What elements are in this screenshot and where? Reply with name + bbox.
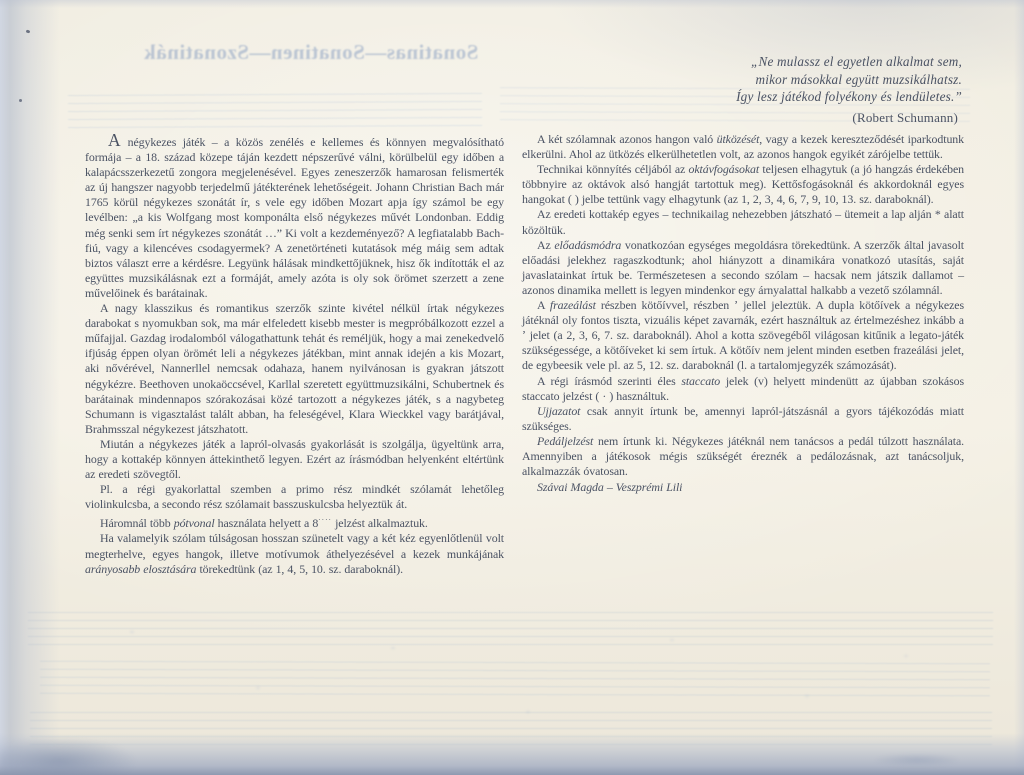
epigraph-lines: „Ne mulassz el egyetlen alkalmat sem,mik… xyxy=(736,53,962,106)
epigraph-line: Így lesz játékod folyékony és lendületes… xyxy=(736,88,962,106)
paragraph: Technikai könnyítés céljából az oktávfog… xyxy=(522,162,964,207)
text-segment: Pedáljelzést xyxy=(537,434,593,448)
paragraph: Pedáljelzést nem írtunk ki. Négykezes já… xyxy=(522,434,964,479)
epigraph-line: mikor másokkal együtt muzsikálhatsz. xyxy=(736,71,962,89)
text-segment: Szávai Magda – Veszprémi Lili xyxy=(537,480,682,494)
paragraph: Az előadásmódra vonatkozóan egységes meg… xyxy=(522,238,964,298)
paragraph: A nagy klasszikus és romantikus szerzők … xyxy=(85,301,504,437)
text-column-right: A két szólamnak azonos hangon való ütköz… xyxy=(522,132,964,495)
paragraph: Ujjazatot csak annyit írtunk be, amennyi… xyxy=(522,404,964,434)
paragraph: A régi írásmód szerinti éles staccato je… xyxy=(522,374,964,404)
text-segment: Miután a négykezes játék a lapról-olvasá… xyxy=(85,437,504,481)
text-segment: négykezes játék – a közös zenélés e kell… xyxy=(85,135,504,300)
text-segment: pótvonal xyxy=(174,516,215,530)
text-segment: Háromnál több xyxy=(100,516,174,530)
epigraph-attribution: (Robert Schumann) xyxy=(736,109,962,127)
text-segment: Pl. a régi gyakorlattal szemben a primo … xyxy=(85,482,504,511)
text-segment: staccato xyxy=(681,374,720,388)
page-edge-right xyxy=(1014,0,1024,775)
gutter-shadow xyxy=(0,0,62,775)
text-segment: törekedtünk (az 1, 4, 5, 10. sz. darabok… xyxy=(196,562,403,576)
text-segment: előadásmódra xyxy=(554,238,621,252)
corner-smudge xyxy=(0,729,170,775)
paragraph: Háromnál több pótvonal használata helyet… xyxy=(85,512,504,531)
paragraph: A frazeálást részben kötőívvel, részben … xyxy=(522,298,964,373)
text-segment: A xyxy=(537,298,550,312)
paragraph: Ha valamelyik szólam túlságosan hosszan … xyxy=(85,531,504,576)
text-segment: ütközését xyxy=(717,132,760,146)
paragraph: A négykezes játék – a közös zenélés e ke… xyxy=(85,132,504,301)
text-segment: jelzést alkalmaztuk. xyxy=(332,516,428,530)
ghost-mirrored-title: Sonatinas—Sonatinen—Szonatinák xyxy=(135,40,487,65)
epigraph: „Ne mulassz el egyetlen alkalmat sem,mik… xyxy=(736,53,962,126)
paragraph: Pl. a régi gyakorlattal szemben a primo … xyxy=(85,482,504,512)
lead-capital: A xyxy=(108,130,121,150)
text-segment: A két szólamnak azonos hangon való xyxy=(537,132,717,146)
scanned-book-page: Sonatinas—Sonatinen—Szonatinák „Ne mulas… xyxy=(0,0,1024,775)
text-segment: használata helyett a 8 xyxy=(215,516,319,530)
paragraph: Miután a négykezes játék a lapról-olvasá… xyxy=(85,437,504,482)
text-segment: Ha valamelyik szólam túlságosan hosszan … xyxy=(85,531,504,560)
paragraph: Az eredeti kottakép egyes – technikailag… xyxy=(522,207,964,237)
paragraph: A két szólamnak azonos hangon való ütköz… xyxy=(522,132,964,162)
text-segment: ···· xyxy=(318,515,332,524)
text-segment: arányosabb elosztására xyxy=(85,562,196,576)
text-segment: Az xyxy=(537,238,554,252)
music-staff-ghost xyxy=(68,93,482,128)
text-segment: Ujjazatot xyxy=(537,404,580,418)
signature: Szávai Magda – Veszprémi Lili xyxy=(522,480,964,495)
text-segment: A régi írásmód szerinti éles xyxy=(537,374,681,388)
text-segment: csak annyit írtunk be, amennyi lapról-já… xyxy=(522,404,964,433)
text-segment: Technikai könnyítés céljából az xyxy=(537,162,689,176)
text-segment: oktávfogásokat xyxy=(689,162,760,176)
page-edge-top xyxy=(0,0,1024,8)
text-segment: A nagy klasszikus és romantikus szerzők … xyxy=(85,301,504,436)
text-column-left: A négykezes játék – a közös zenélés e ke… xyxy=(85,132,504,577)
text-segment: frazeálást xyxy=(550,298,596,312)
text-segment: Az eredeti kottakép egyes – technikailag… xyxy=(522,207,964,236)
ghost-smudge xyxy=(862,753,972,767)
epigraph-line: „Ne mulassz el egyetlen alkalmat sem, xyxy=(736,53,962,71)
